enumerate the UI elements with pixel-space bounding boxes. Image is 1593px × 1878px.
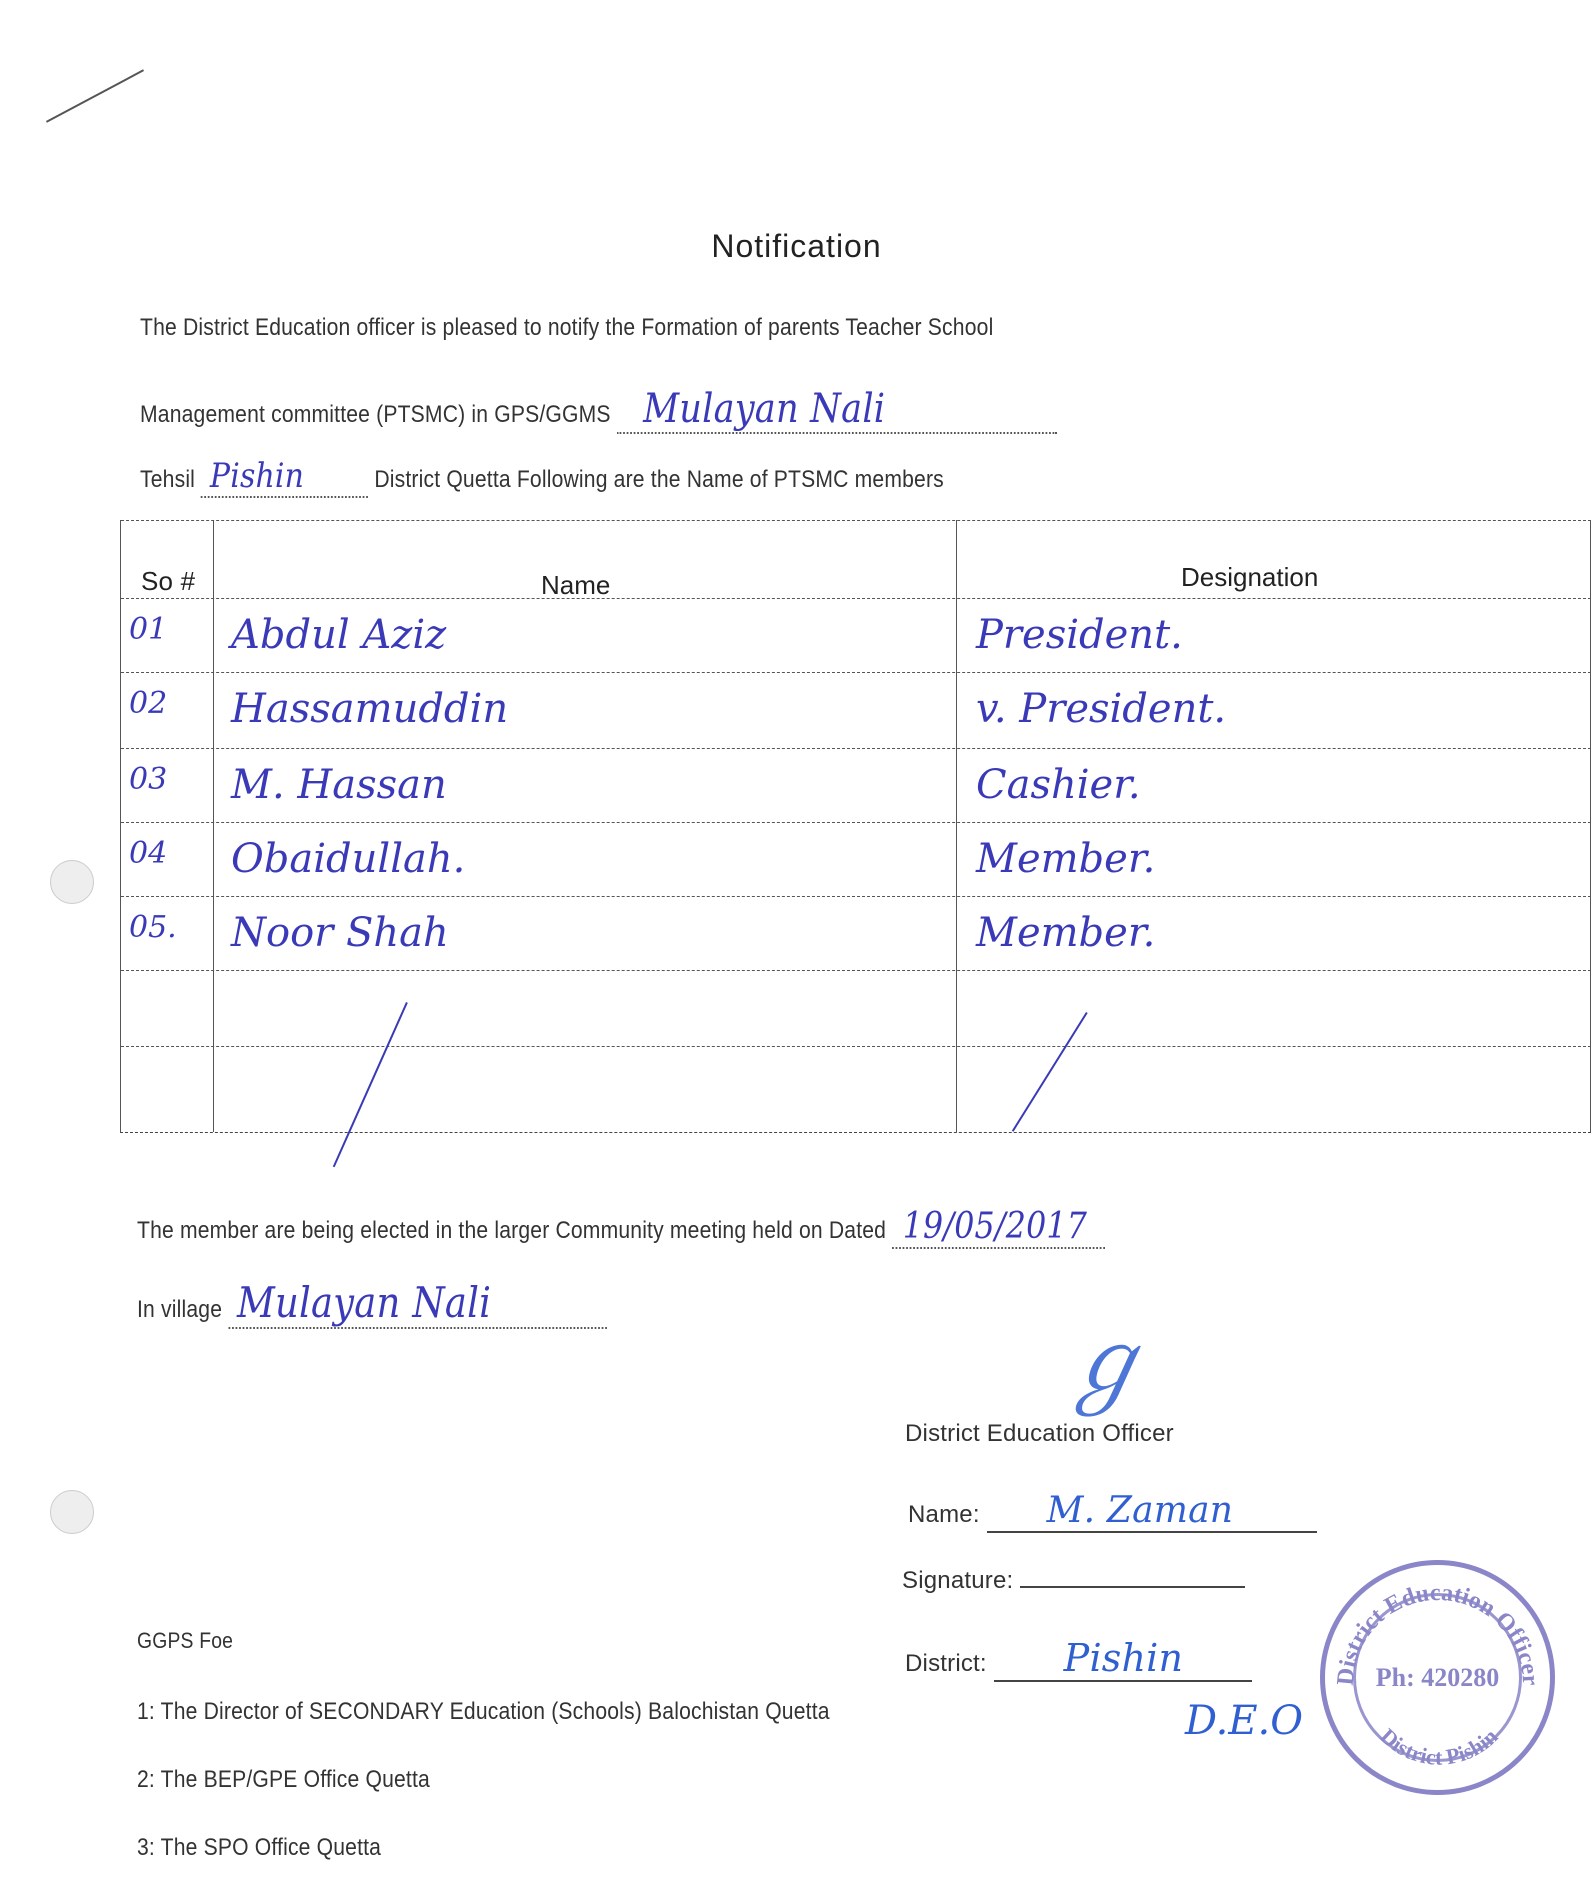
- row-serial: 03: [129, 762, 167, 797]
- intro-line-2: Management committee (PTSMC) in GPS/GGMS…: [140, 386, 1057, 434]
- row-name: Abdul Aziz: [231, 612, 446, 658]
- intro-line-3: Tehsil Pishin District Quetta Following …: [140, 456, 944, 498]
- intro-line-2-text: Management committee (PTSMC) in GPS/GGMS: [140, 401, 611, 428]
- row-designation: v. President.: [976, 686, 1226, 732]
- strike-line: [333, 1002, 408, 1167]
- row-serial: 01: [129, 612, 167, 647]
- name-row: Name: M. Zaman: [908, 1490, 1317, 1533]
- initials: D.E.O: [1185, 1698, 1303, 1744]
- page-title: Notification: [0, 228, 1593, 265]
- members-table: So # Name Designation 01Abdul AzizPresid…: [120, 520, 1591, 1133]
- row-serial: 05.: [129, 910, 177, 945]
- header-designation: Designation: [1181, 562, 1318, 593]
- district-field[interactable]: Pishin: [994, 1636, 1252, 1682]
- signature-label: Signature:: [902, 1567, 1013, 1594]
- name-label: Name:: [908, 1501, 980, 1528]
- row-designation: Member.: [976, 836, 1155, 882]
- officer-signature: ℊ: [1060, 1290, 1150, 1420]
- officer-title: District Education Officer: [905, 1420, 1174, 1448]
- row-designation: Cashier.: [976, 762, 1141, 808]
- intro-line-1: The District Education officer is please…: [140, 314, 993, 342]
- copy-item-3: 3: The SPO Office Quetta: [137, 1834, 381, 1862]
- staple-mark: [46, 69, 144, 122]
- row-name: Noor Shah: [231, 910, 449, 956]
- stamp-phone: Ph: 420280: [1325, 1663, 1550, 1693]
- row-serial: 04: [129, 836, 167, 871]
- copy-heading: GGPS Foe: [137, 1628, 233, 1654]
- copy-item-2: 2: The BEP/GPE Office Quetta: [137, 1766, 430, 1794]
- election-text: The member are being elected in the larg…: [137, 1217, 886, 1244]
- signature-row: Signature:: [902, 1564, 1245, 1595]
- village-line: In village Mulayan Nali: [137, 1278, 607, 1329]
- meeting-date-field[interactable]: 19/05/2017: [892, 1206, 1105, 1249]
- header-name: Name: [541, 570, 610, 601]
- district-label: District:: [905, 1650, 987, 1677]
- intro-line-3-text: District Quetta Following are the Name o…: [374, 466, 944, 493]
- tehsil-field[interactable]: Pishin: [201, 456, 368, 498]
- row-name: Obaidullah.: [231, 836, 465, 882]
- row-name: M. Hassan: [231, 762, 447, 808]
- signature-field[interactable]: [1020, 1564, 1245, 1588]
- copy-item-1: 1: The Director of SECONDARY Education (…: [137, 1698, 830, 1726]
- village-label: In village: [137, 1296, 222, 1323]
- village-field[interactable]: Mulayan Nali: [228, 1278, 606, 1329]
- stamp-bottom-text: District Pishin: [1375, 1723, 1502, 1769]
- punch-hole: [50, 1490, 94, 1534]
- row-designation: President.: [976, 612, 1183, 658]
- district-row: District: Pishin: [905, 1636, 1252, 1682]
- svg-text:District Pishin: District Pishin: [1375, 1723, 1502, 1769]
- row-serial: 02: [129, 686, 167, 721]
- row-designation: Member.: [976, 910, 1155, 956]
- election-line: The member are being elected in the larg…: [137, 1206, 1105, 1249]
- tehsil-label: Tehsil: [140, 466, 195, 493]
- school-name-field[interactable]: Mulayan Nali: [617, 386, 1057, 434]
- strike-line: [1012, 1012, 1088, 1132]
- name-field[interactable]: M. Zaman: [987, 1490, 1317, 1533]
- official-stamp: District Education Officer District Pish…: [1320, 1560, 1555, 1795]
- header-serial: So #: [141, 566, 195, 597]
- punch-hole: [50, 860, 94, 904]
- row-name: Hassamuddin: [231, 686, 508, 732]
